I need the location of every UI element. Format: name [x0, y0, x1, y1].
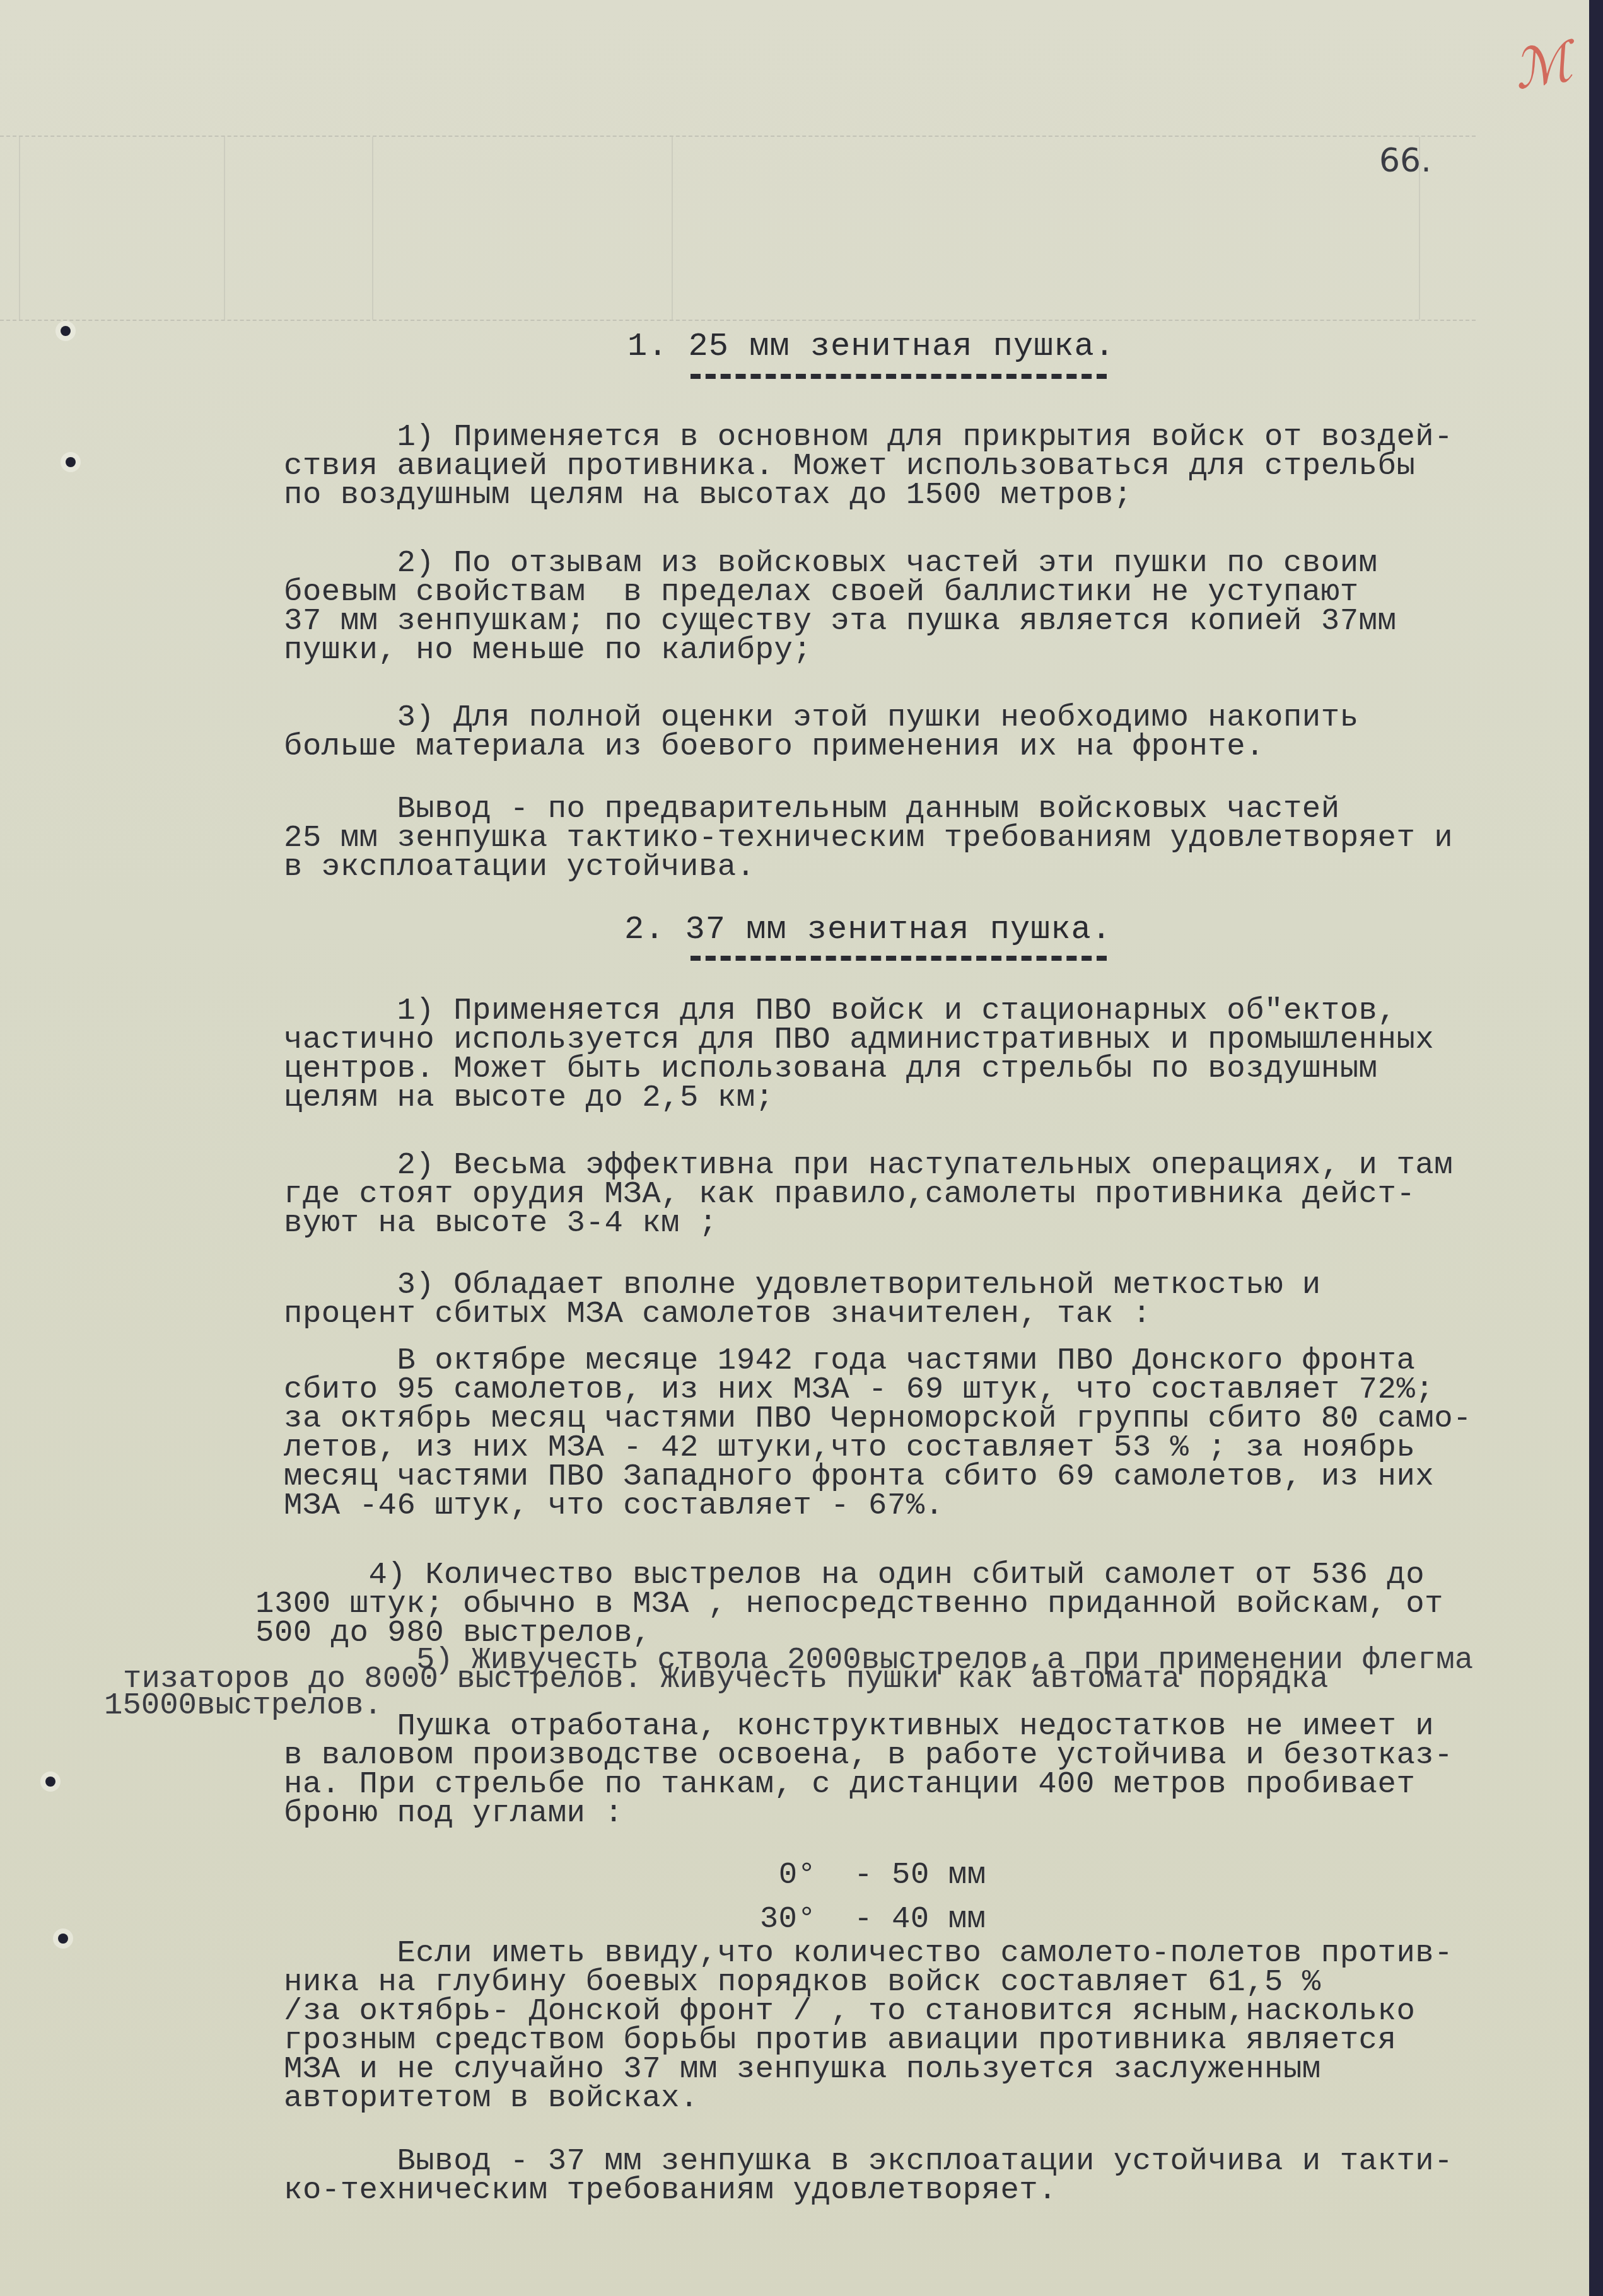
paragraph-37mm-2: 2) Весьма эффективна при наступательных … [284, 1151, 1602, 1238]
paragraph-37mm-statistics: В октябре месяце 1942 года частями ПВО Д… [284, 1346, 1602, 1520]
heading-underline [691, 369, 1107, 379]
paragraph-37mm-significance: Если иметь ввиду,что количество самолето… [284, 1939, 1602, 2113]
section-heading-25mm: 1. 25 мм зенитная пушка. [627, 328, 1115, 365]
section-heading-37mm: 2. 37 мм зенитная пушка. [624, 911, 1112, 948]
paragraph-25mm-conclusion: Вывод - по предварительным данным войско… [284, 794, 1602, 881]
paragraph-37mm-3: 3) Обладает вполне удовлетворительной ме… [284, 1270, 1602, 1328]
paragraph-37mm-conclusion: Вывод - 37 мм зенпушка в эксплоатации ус… [284, 2147, 1602, 2205]
page-number: 66. [1379, 142, 1431, 180]
paragraph-37mm-production: Пушка отработана, конструктивных недоста… [284, 1712, 1602, 1828]
paragraph-25mm-1: 1) Применяется в основном для прикрытия … [284, 422, 1602, 509]
form-divider [19, 137, 20, 320]
paragraph-25mm-3: 3) Для полной оценки этой пушки необходи… [284, 703, 1602, 761]
paragraph-25mm-2: 2) По отзывам из войсковых частей эти пу… [284, 548, 1602, 664]
red-pencil-mark: ℳ [1508, 30, 1577, 102]
paragraph-37mm-4: 4) Количество выстрелов на один сбитый с… [255, 1560, 1573, 1647]
form-divider [372, 137, 373, 320]
form-divider [224, 137, 225, 320]
binding-hole [45, 1777, 55, 1787]
armor-angle: 30° [760, 1901, 817, 1937]
binding-hole [66, 457, 76, 467]
paragraph-37mm-1: 1) Применяется для ПВО войск и стационар… [284, 996, 1602, 1112]
binding-hole [58, 1934, 68, 1944]
faint-form-grid [0, 136, 1476, 321]
armor-thickness: - 40 мм [854, 1901, 986, 1937]
scan-edge [1589, 0, 1603, 2296]
heading-underline [691, 951, 1107, 961]
binding-hole [61, 326, 71, 336]
form-divider [672, 137, 673, 320]
document-page: ℳ 66. 1. 25 мм зенитная пушка. 1) Примен… [0, 0, 1589, 2296]
